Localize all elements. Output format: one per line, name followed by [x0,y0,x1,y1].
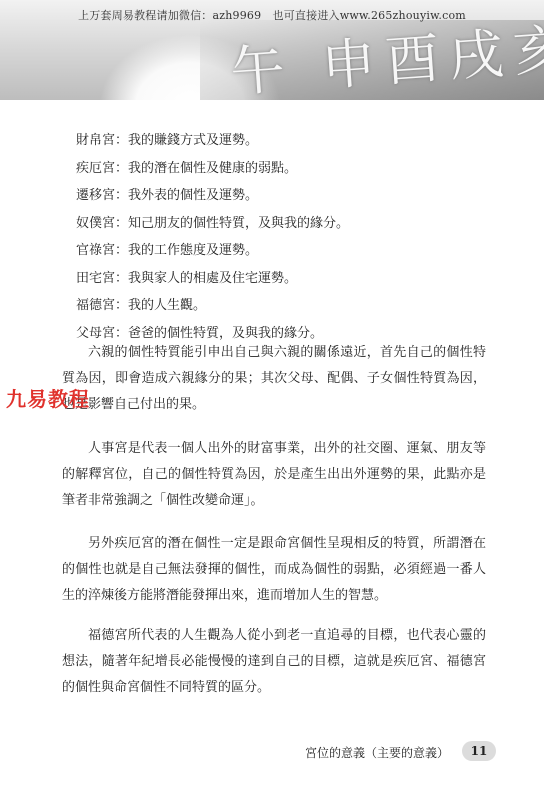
header-banner: 午 申酉戌亥 上万套周易教程请加微信：azh9969 也可直接进入www.265… [0,0,544,100]
term: 福德宮 [76,298,115,313]
term: 遷移宮 [76,188,115,203]
separator: ： [115,243,128,258]
palace-definition-list: 財帛宮：我的賺錢方式及運勢。 疾厄宮：我的潛在個性及健康的弱點。 遷移宮：我外表… [76,127,349,347]
definition-item: 遷移宮：我外表的個性及運勢。 [76,182,349,210]
description: 我的工作態度及運勢。 [128,243,258,258]
definition-item: 奴僕宮：知己朋友的個性特質，及與我的緣分。 [76,210,349,238]
term: 父母宮 [76,326,115,341]
description: 我外表的個性及運勢。 [128,188,258,203]
separator: ： [115,188,128,203]
separator: ： [115,271,128,286]
page-number-badge: 11 [462,741,496,761]
term: 疾厄宮 [76,161,115,176]
top-watermark: 上万套周易教程请加微信：azh9969 也可直接进入www.265zhouyiw… [0,7,544,23]
description: 我與家人的相處及住宅運勢。 [128,271,297,286]
overlay-watermark: 九易教程 [6,383,90,412]
footer-section-title: 宮位的意義（主要的意義） [305,744,449,761]
paragraph-six-relatives: 六親的個性特質能引申出自己與六親的關係遠近，首先自己的個性特質為因，即會造成六親… [62,340,486,418]
separator: ： [115,161,128,176]
term: 奴僕宮 [76,216,115,231]
description: 我的潛在個性及健康的弱點。 [128,161,297,176]
separator: ： [115,133,128,148]
definition-item: 財帛宮：我的賺錢方式及運勢。 [76,127,349,155]
definition-item: 疾厄宮：我的潛在個性及健康的弱點。 [76,155,349,183]
definition-item: 福德宮：我的人生觀。 [76,292,349,320]
term: 官祿宮 [76,243,115,258]
term: 財帛宮 [76,133,115,148]
description: 我的賺錢方式及運勢。 [128,133,258,148]
description: 我的人生觀。 [128,298,206,313]
separator: ： [115,298,128,313]
paragraph-illness-palace: 另外疾厄宮的潛在個性一定是跟命宮個性呈現相反的特質，所謂潛在的個性也就是自己無法… [62,531,486,609]
definition-item: 田宅宮：我與家人的相處及住宅運勢。 [76,265,349,293]
definition-item: 官祿宮：我的工作態度及運勢。 [76,237,349,265]
term: 田宅宮 [76,271,115,286]
description: 爸爸的個性特質，及與我的緣分。 [128,326,323,341]
separator: ： [115,216,128,231]
paragraph-personnel-palace: 人事宮是代表一個人出外的財富事業，出外的社交圈、運氣、朋友等的解釋宮位，自己的個… [62,436,486,514]
paragraph-fortune-palace: 福德宮所代表的人生觀為人從小到老一直追尋的目標，也代表心靈的想法，隨著年紀增長必… [62,623,486,701]
separator: ： [115,326,128,341]
description: 知己朋友的個性特質，及與我的緣分。 [128,216,349,231]
